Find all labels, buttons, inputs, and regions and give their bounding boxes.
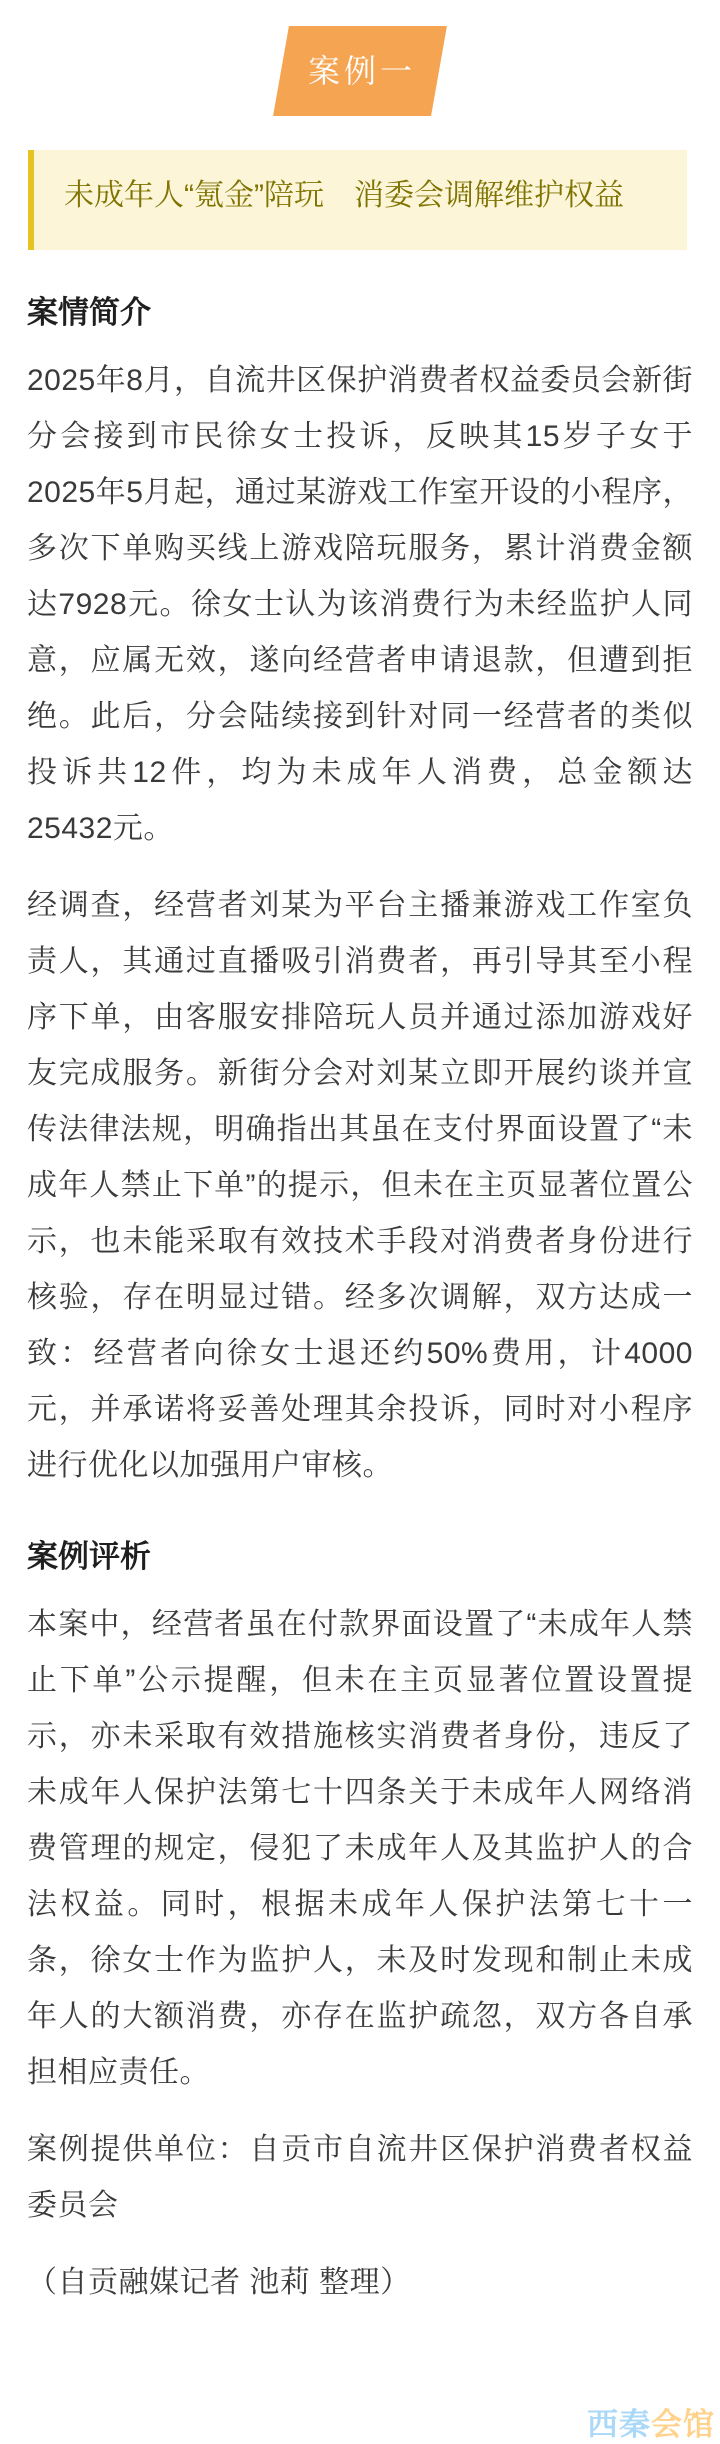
article-page: 案例一 未成年人“氪金”陪玩 消委会调解维护权益 案情简介 2025年8月，自流… bbox=[0, 0, 720, 2444]
paragraph-case-intro-1: 2025年8月，自流井区保护消费者权益委员会新街分会接到市民徐女士投诉，反映其1… bbox=[27, 353, 693, 857]
case-title-box: 未成年人“氪金”陪玩 消委会调解维护权益 bbox=[28, 150, 687, 250]
case-badge-label: 案例一 bbox=[304, 55, 416, 87]
watermark: 西秦会馆 bbox=[587, 2409, 715, 2440]
case-provider-line: 案例提供单位：自贡市自流井区保护消费者权益委员会 bbox=[27, 2122, 693, 2234]
article-body: 案情简介 2025年8月，自流井区保护消费者权益委员会新街分会接到市民徐女士投诉… bbox=[0, 294, 720, 2311]
case-badge: 案例一 bbox=[0, 0, 720, 116]
section-heading-case-intro: 案情简介 bbox=[27, 294, 693, 331]
watermark-part2: 会馆 bbox=[651, 2407, 715, 2442]
byline: （自贡融媒记者 池莉 整理） bbox=[27, 2255, 693, 2311]
section-heading-case-analysis: 案例评析 bbox=[27, 1538, 693, 1575]
case-title: 未成年人“氪金”陪玩 消委会调解维护权益 bbox=[64, 174, 661, 218]
case-badge-shape: 案例一 bbox=[273, 26, 447, 116]
paragraph-case-analysis-1: 本案中，经营者虽在付款界面设置了“未成年人禁止下单”公示提醒，但未在主页显著位置… bbox=[27, 1597, 693, 2101]
watermark-part1: 西秦 bbox=[587, 2407, 651, 2442]
paragraph-case-intro-2: 经调查，经营者刘某为平台主播兼游戏工作室负责人，其通过直播吸引消费者，再引导其至… bbox=[27, 878, 693, 1494]
